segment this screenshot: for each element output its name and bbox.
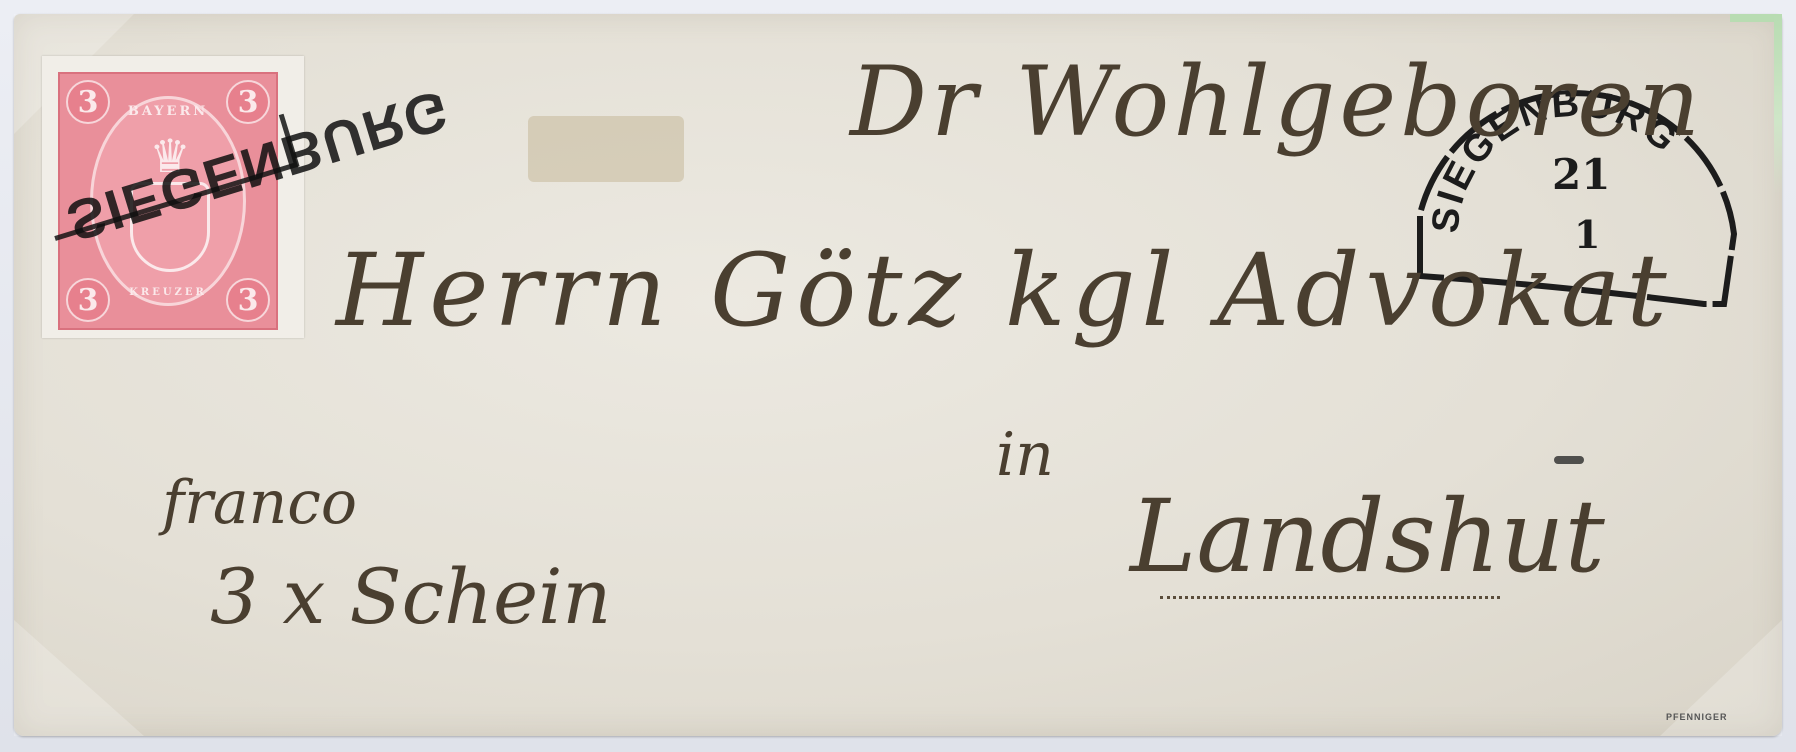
city-underline xyxy=(1160,592,1500,599)
stamp-numeral: 3 xyxy=(226,278,270,322)
address-line-recipient: Herrn Götz kgl Advokat xyxy=(336,232,1673,349)
address-line-salutation: Dr Wohlgeboren xyxy=(850,46,1704,158)
note-schein: 3 x Schein xyxy=(210,552,611,641)
ink-mark xyxy=(1554,456,1584,464)
stain-patch xyxy=(528,116,684,182)
stamp-numeral: 3 xyxy=(66,278,110,322)
address-line-city: Landshut xyxy=(1130,478,1605,595)
stamp-denomination: KREUZER xyxy=(60,287,276,298)
note-franco: franco xyxy=(162,468,357,538)
maker-mark: PFENNIGER xyxy=(1666,712,1728,722)
green-edge xyxy=(1774,14,1782,194)
address-line-in: in xyxy=(996,420,1054,490)
